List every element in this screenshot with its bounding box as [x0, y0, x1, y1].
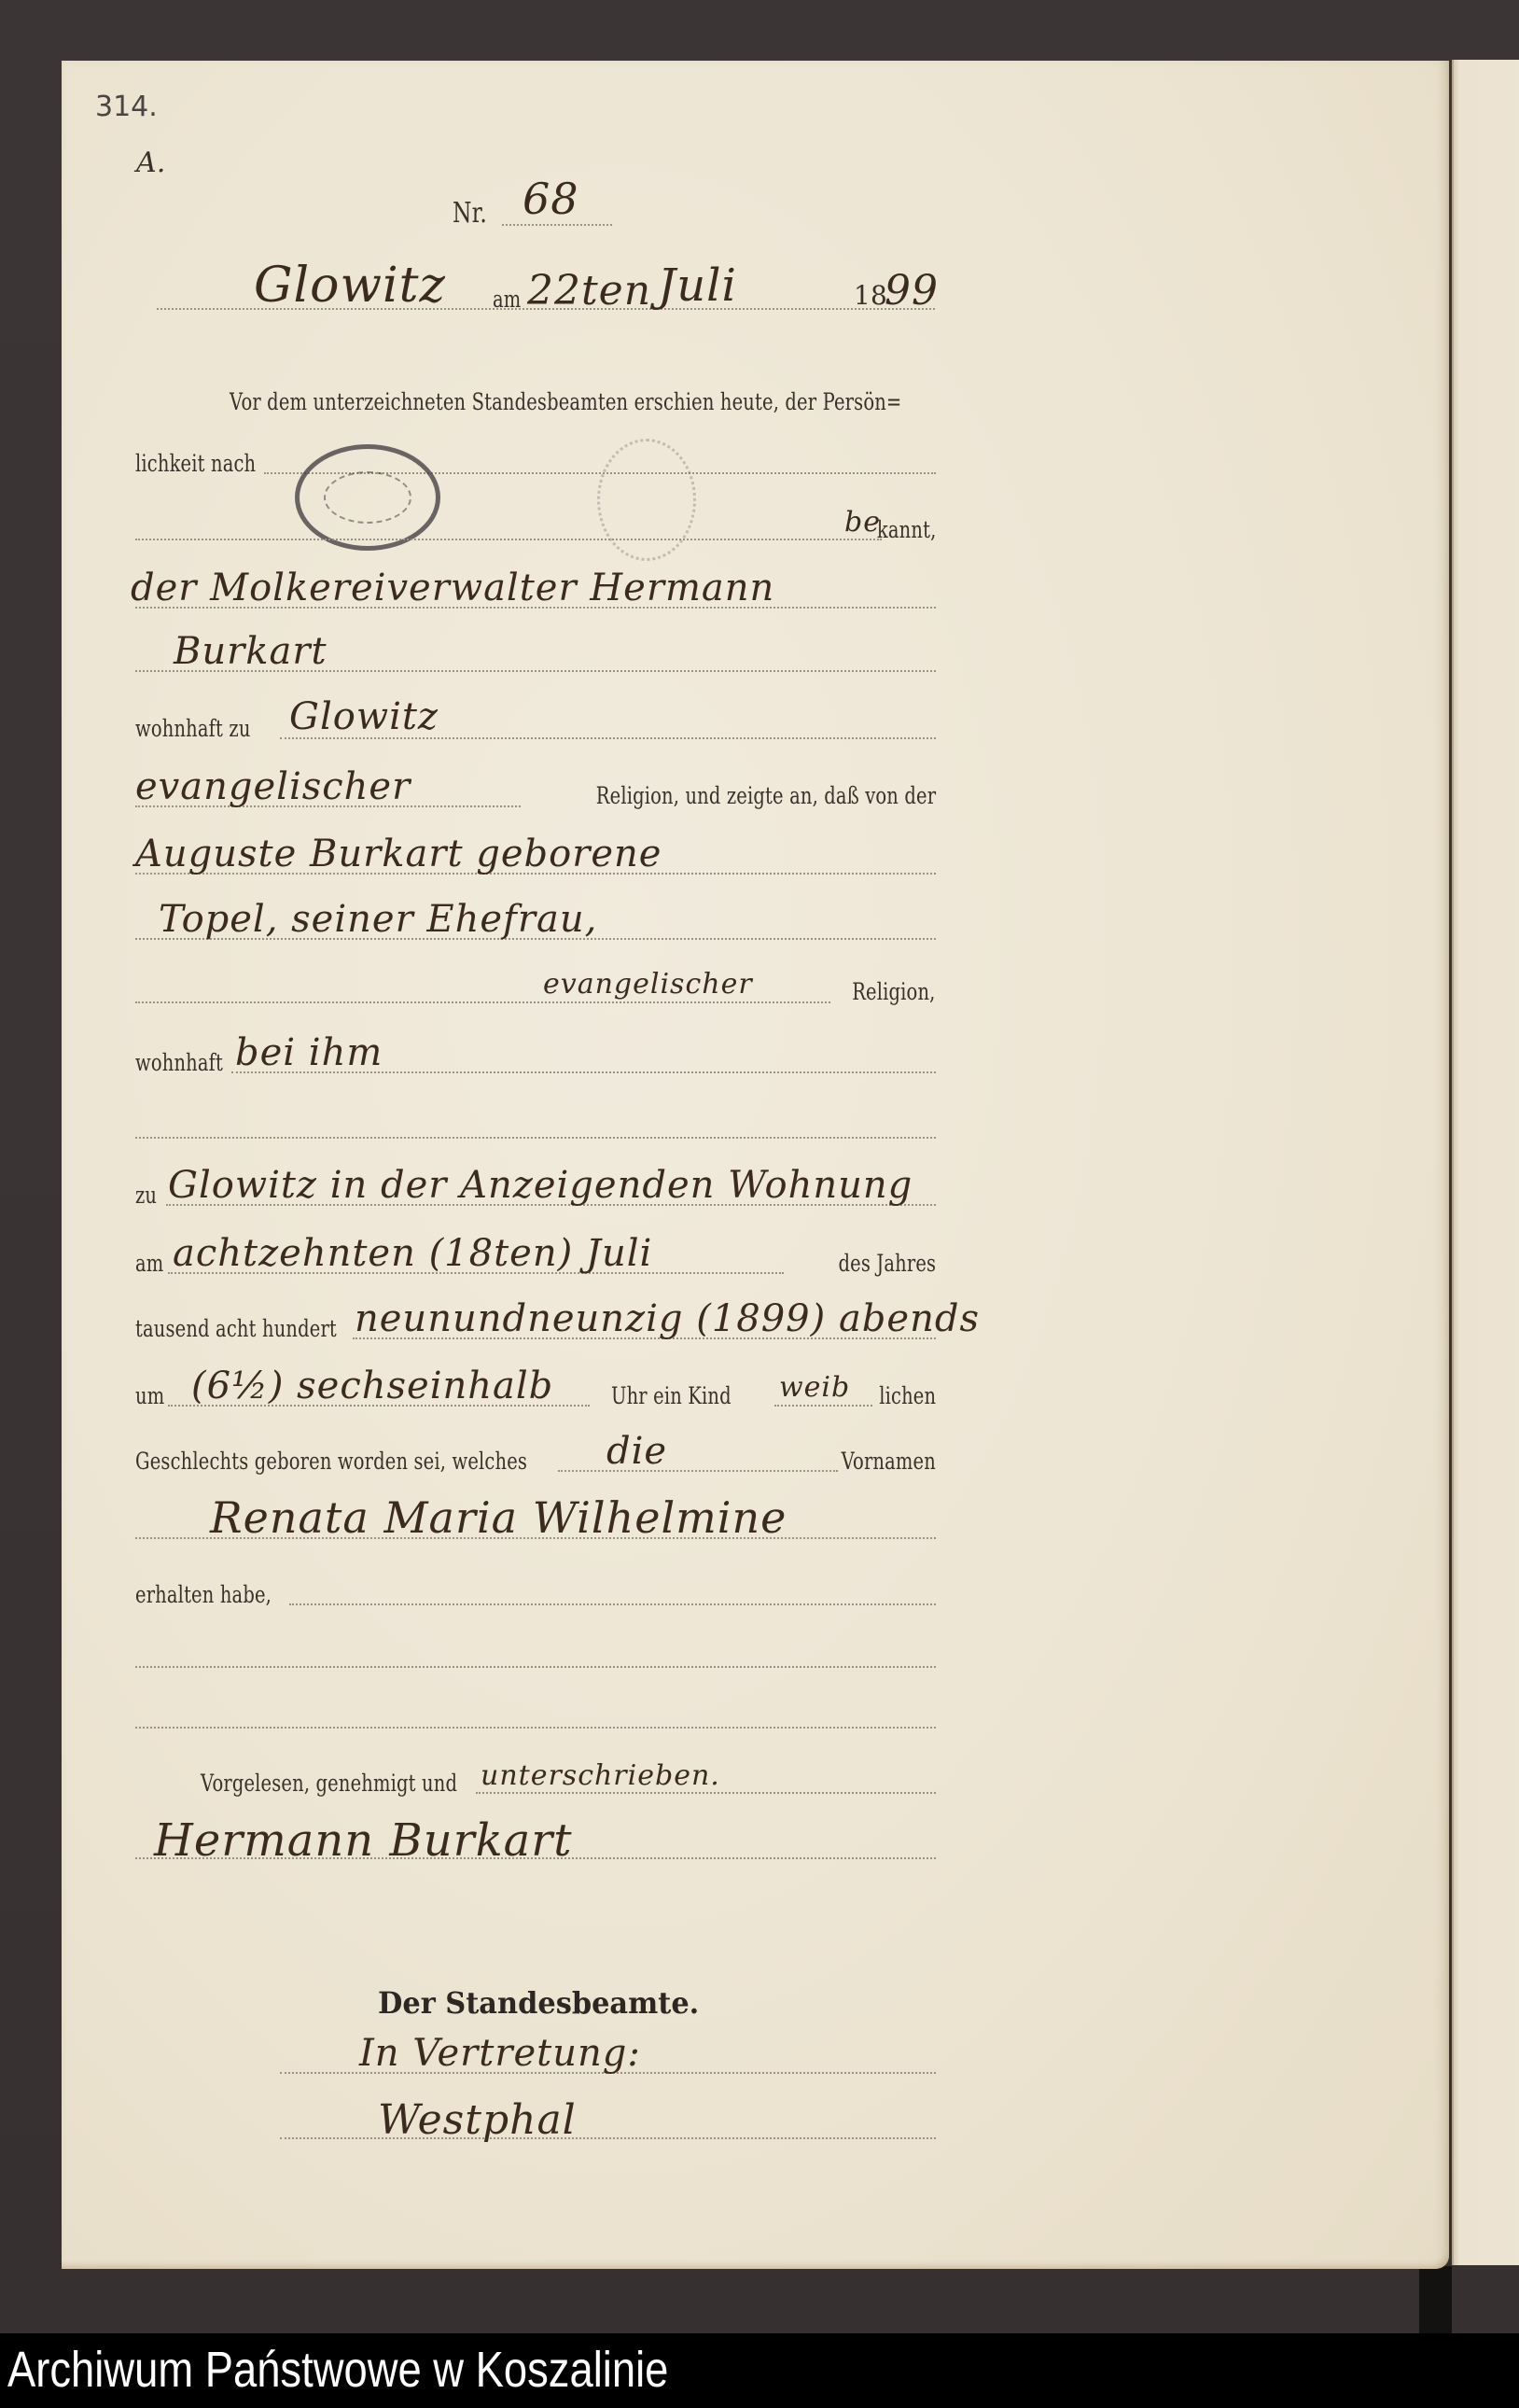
child-sex: weib	[779, 1374, 850, 1402]
birth-time: (6½) sechseinhalb	[191, 1367, 553, 1405]
intro-line1: Vor dem unterzeichneten Standesbeamten e…	[230, 390, 901, 413]
page-number: 314.	[95, 93, 158, 121]
line-signed	[476, 1792, 936, 1794]
am-label: am	[135, 1252, 163, 1275]
gutter-shadow	[1419, 2266, 1452, 2333]
mother-line2: Topel, seiner Ehefrau,	[159, 901, 597, 938]
vorgelesen-label: Vorgelesen, genehmigt und	[201, 1771, 457, 1795]
line-erhalten	[289, 1603, 936, 1605]
zu-label: zu	[135, 1183, 157, 1207]
tausend-label: tausend acht hundert	[135, 1317, 337, 1340]
kannt-text: kannt,	[876, 518, 936, 541]
line-sex	[774, 1405, 872, 1407]
intro-line2: lichkeit nach	[135, 452, 256, 475]
registrar-deputy: In Vertretung:	[359, 2035, 641, 2072]
informant-residence: Glowitz	[289, 698, 439, 735]
year-printed: 18	[854, 283, 887, 309]
vornamen-label: Vornamen	[842, 1449, 936, 1473]
archive-name: Archiwum Państwowe w Koszalinie	[7, 2345, 668, 2395]
record-number: 68	[523, 177, 579, 220]
lichen-suffix: lichen	[879, 1384, 936, 1407]
uhr-kind: Uhr ein Kind	[611, 1384, 732, 1407]
religion-label-2: Religion,	[853, 980, 936, 1003]
faint-stamp-impression	[597, 439, 696, 561]
informant-line1: der Molkereiverwalter Hermann	[131, 569, 774, 607]
date-prefix: am	[493, 287, 521, 311]
informant-signature: Hermann Burkart	[154, 1818, 573, 1863]
erhalten-label: erhalten habe,	[135, 1583, 272, 1606]
child-names: Renata Maria Wilhelmine	[210, 1496, 787, 1539]
um-label: um	[135, 1384, 164, 1407]
informant-religion: evangelischer	[135, 768, 411, 805]
record-day: 22ten	[527, 271, 651, 312]
line-article	[558, 1470, 838, 1472]
birthplace: Glowitz in der Anzeigenden Wohnung	[168, 1167, 913, 1204]
des-jahres: des Jahres	[838, 1252, 936, 1275]
record-place: Glowitz	[254, 261, 446, 310]
archive-footer-bar: Archiwum Państwowe w Koszalinie	[0, 2333, 1519, 2408]
signed-word: unterschrieben.	[481, 1762, 720, 1790]
be-prefix: be	[844, 509, 881, 537]
birth-day: achtzehnten (18ten) Juli	[173, 1235, 652, 1272]
mother-religion: evangelischer	[543, 971, 753, 999]
archive-stamp	[295, 444, 440, 551]
mother-residence: bei ihm	[235, 1034, 383, 1071]
facing-page-edge	[1452, 60, 1519, 2265]
religion-anzeige: Religion, und zeigte an, daß von der	[596, 784, 936, 807]
line-blank-2	[135, 1666, 936, 1668]
line-blank-1	[135, 1137, 936, 1139]
line-blank-3	[135, 1727, 936, 1729]
wohnhaft-label: wohnhaft	[135, 1051, 223, 1074]
mother-line1: Auguste Burkart geborene	[135, 835, 662, 873]
line-religion-2	[135, 1001, 830, 1003]
year-written: 99	[885, 271, 939, 312]
informant-line2: Burkart	[174, 633, 327, 670]
nr-dotted-line	[502, 224, 612, 226]
form-letter: A.	[136, 149, 166, 177]
article: die	[606, 1433, 667, 1470]
nr-label: Nr.	[453, 200, 487, 228]
registrar-heading: Der Standesbeamte.	[378, 1988, 699, 2018]
wohnhaft-zu-label: wohnhaft zu	[135, 717, 251, 740]
record-month: Juli	[658, 263, 737, 308]
line-bekannt	[135, 539, 882, 540]
geschlechts-label: Geschlechts geboren worden sei, welches	[135, 1449, 527, 1473]
registrar-signature: Westphal	[378, 2100, 577, 2141]
birth-year: neunundneunzig (1899) abends	[355, 1300, 980, 1337]
